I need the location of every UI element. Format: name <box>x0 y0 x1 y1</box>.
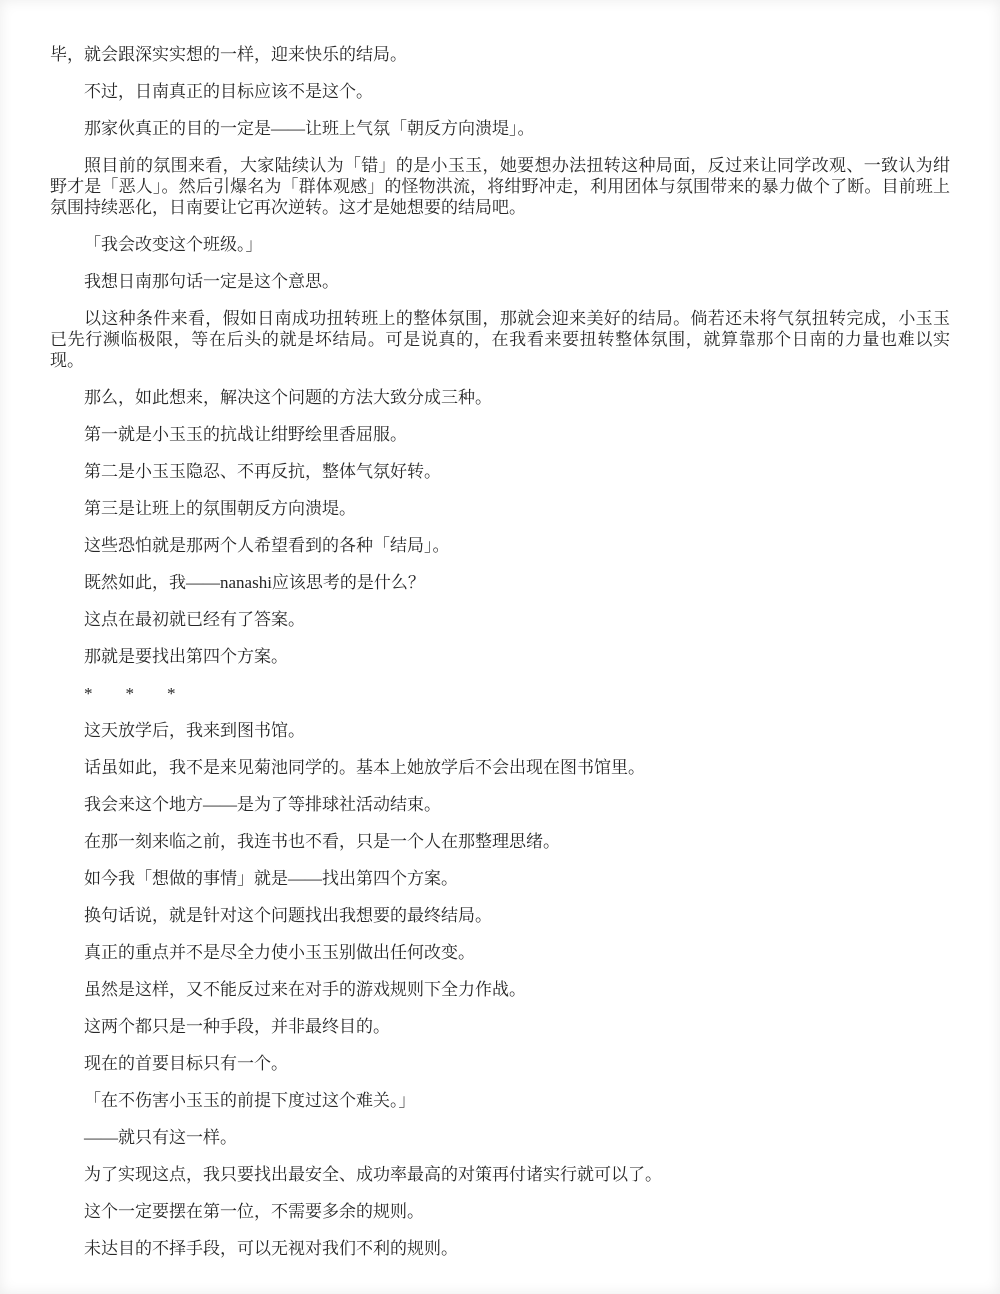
paragraph: 这个一定要摆在第一位，不需要多余的规则。 <box>50 1201 950 1222</box>
paragraph: 既然如此，我——nanashi应该思考的是什么？ <box>50 572 950 593</box>
paragraph: 话虽如此，我不是来见菊池同学的。基本上她放学后不会出现在图书馆里。 <box>50 757 950 778</box>
paragraph: 这点在最初就已经有了答案。 <box>50 609 950 630</box>
paragraph: 这天放学后，我来到图书馆。 <box>50 720 950 741</box>
paragraph: 这些恐怕就是那两个人希望看到的各种「结局」。 <box>50 535 950 556</box>
paragraph: 毕，就会跟深实实想的一样，迎来快乐的结局。 <box>50 44 950 65</box>
paragraph: 我想日南那句话一定是这个意思。 <box>50 271 950 292</box>
section-separator: * * * <box>50 683 950 704</box>
paragraph: ——就只有这一样。 <box>50 1127 950 1148</box>
paragraph: 「在不伤害小玉玉的前提下度过这个难关。」 <box>50 1090 950 1111</box>
paragraph: 在那一刻来临之前，我连书也不看，只是一个人在那整理思绪。 <box>50 831 950 852</box>
paragraph: 现在的首要目标只有一个。 <box>50 1053 950 1074</box>
page-body: 毕，就会跟深实实想的一样，迎来快乐的结局。不过，日南真正的目标应该不是这个。那家… <box>0 0 1000 1259</box>
paragraph: 这两个都只是一种手段，并非最终目的。 <box>50 1016 950 1037</box>
paragraph: 那么，如此想来，解决这个问题的方法大致分成三种。 <box>50 387 950 408</box>
paragraph: 如今我「想做的事情」就是——找出第四个方案。 <box>50 868 950 889</box>
paragraph: 换句话说，就是针对这个问题找出我想要的最终结局。 <box>50 905 950 926</box>
paragraph: 虽然是这样，又不能反过来在对手的游戏规则下全力作战。 <box>50 979 950 1000</box>
paragraph: 不过，日南真正的目标应该不是这个。 <box>50 81 950 102</box>
paragraph: 真正的重点并不是尽全力使小玉玉别做出任何改变。 <box>50 942 950 963</box>
paragraph: 我会来这个地方——是为了等排球社活动结束。 <box>50 794 950 815</box>
paragraph: 第二是小玉玉隐忍、不再反抗，整体气氛好转。 <box>50 461 950 482</box>
paragraph: 那就是要找出第四个方案。 <box>50 646 950 667</box>
paragraph: 第一就是小玉玉的抗战让绀野绘里香屈服。 <box>50 424 950 445</box>
paragraph: 第三是让班上的氛围朝反方向溃堤。 <box>50 498 950 519</box>
paragraph: 以这种条件来看，假如日南成功扭转班上的整体氛围，那就会迎来美好的结局。倘若还未将… <box>50 308 950 371</box>
paragraph: 那家伙真正的目的一定是——让班上气氛「朝反方向溃堤」。 <box>50 118 950 139</box>
paragraph: 未达目的不择手段，可以无视对我们不利的规则。 <box>50 1238 950 1259</box>
novel-page: 毕，就会跟深实实想的一样，迎来快乐的结局。不过，日南真正的目标应该不是这个。那家… <box>0 0 1000 1294</box>
paragraph: 照目前的氛围来看，大家陆续认为「错」的是小玉玉，她要想办法扭转这种局面，反过来让… <box>50 155 950 218</box>
paragraph: 「我会改变这个班级。」 <box>50 234 950 255</box>
paragraph: 为了实现这点，我只要找出最安全、成功率最高的对策再付诸实行就可以了。 <box>50 1164 950 1185</box>
